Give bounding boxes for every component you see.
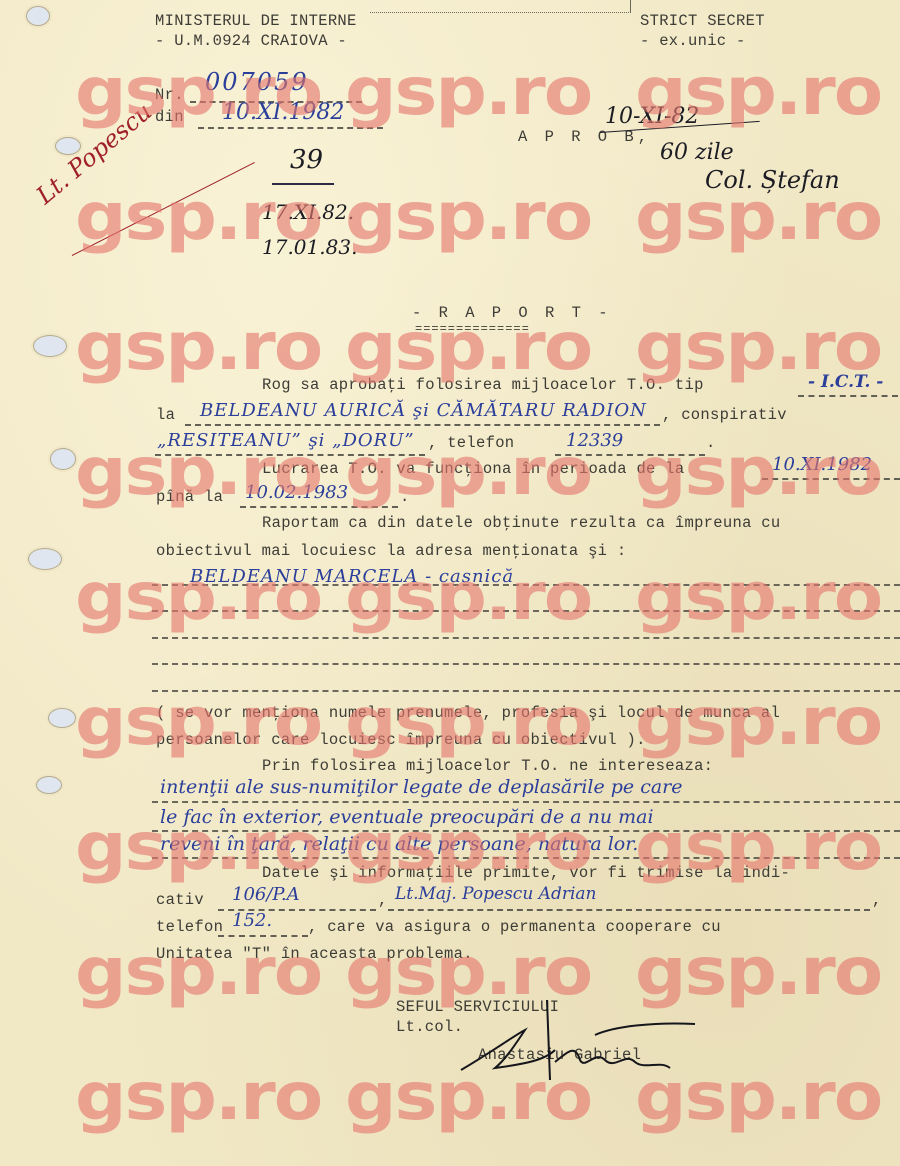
watermark: gsp.ro (75, 938, 321, 1004)
watermark: gsp.ro (75, 183, 321, 249)
watermark: gsp.ro (635, 563, 881, 629)
watermark: gsp.ro (345, 938, 591, 1004)
p6-line3-rest: , care va asigura o permanenta cooperare… (308, 918, 721, 936)
stamp-fragment (370, 0, 631, 13)
punch-hole (36, 776, 62, 794)
watermark: gsp.ro (345, 58, 591, 124)
watermark: gsp.ro (635, 313, 881, 379)
watermark: gsp.ro (635, 938, 881, 1004)
p6-telefon-value: 152. (232, 910, 272, 931)
p1-conspirativ: , conspirativ (662, 406, 787, 424)
watermark: gsp.ro (635, 1063, 881, 1129)
watermark: gsp.ro (345, 1063, 591, 1129)
watermark: gsp.ro (345, 688, 591, 754)
p3-line2: obiectivul mai locuiesc la adresa menţio… (156, 542, 626, 560)
watermark: gsp.ro (635, 688, 881, 754)
watermark: gsp.ro (75, 1063, 321, 1129)
watermark: gsp.ro (345, 813, 591, 879)
classification: STRICT SECRET (640, 12, 765, 30)
punch-hole (26, 6, 50, 26)
blank-line (152, 663, 900, 665)
p5-hand-line1: intenţii ale sus-numiţilor legate de dep… (160, 776, 683, 798)
registry-number: 39 (290, 145, 323, 175)
watermark: gsp.ro (75, 438, 321, 504)
watermark: gsp.ro (75, 58, 321, 124)
watermark: gsp.ro (75, 813, 321, 879)
watermark: gsp.ro (345, 438, 591, 504)
p1-targets: BELDEANU AURICĂ şi CĂMĂTARU RADION (200, 400, 647, 421)
watermark: gsp.ro (75, 563, 321, 629)
watermark: gsp.ro (75, 313, 321, 379)
p6-telefon-label: telefon (156, 918, 223, 936)
watermark: gsp.ro (75, 688, 321, 754)
watermark: gsp.ro (345, 183, 591, 249)
watermark: gsp.ro (345, 563, 591, 629)
watermark: gsp.ro (635, 183, 881, 249)
watermark: gsp.ro (635, 438, 881, 504)
watermark: gsp.ro (635, 58, 881, 124)
copy-count: - ex.unic - (640, 32, 746, 50)
ministry-name: MINISTERUL DE INTERNE (155, 12, 357, 30)
watermark: gsp.ro (345, 313, 591, 379)
unit-name: - U.M.0924 CRAIOVA - (155, 32, 347, 50)
p1-la: la (156, 406, 175, 424)
watermark: gsp.ro (635, 813, 881, 879)
